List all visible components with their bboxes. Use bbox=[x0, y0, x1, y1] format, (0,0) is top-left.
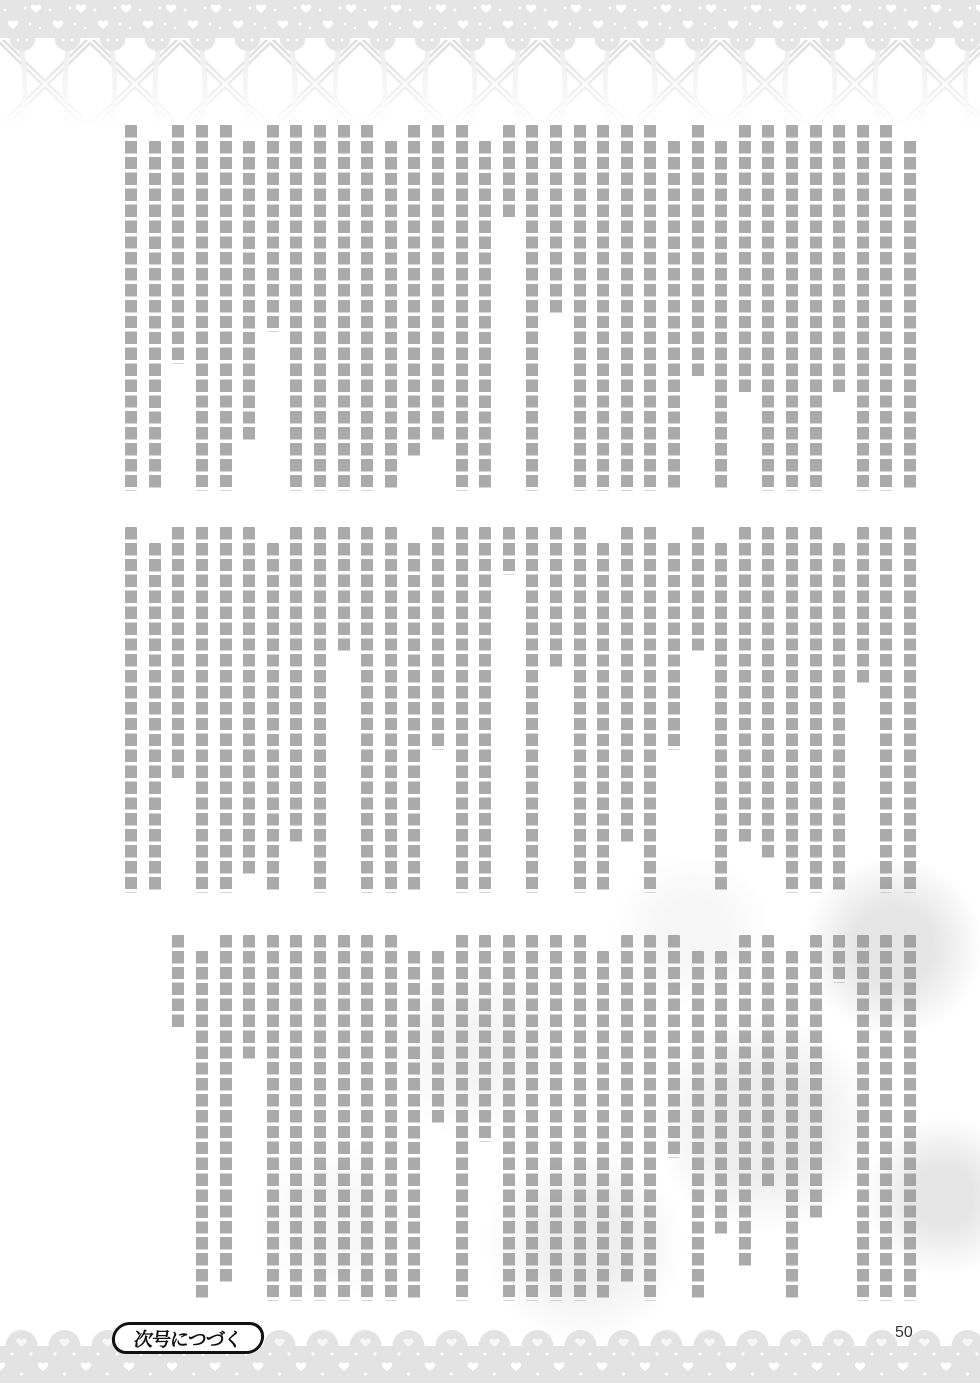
text-line-placeholder bbox=[739, 125, 751, 395]
text-column bbox=[454, 935, 470, 1301]
text-column bbox=[760, 125, 776, 491]
text-column bbox=[784, 125, 800, 491]
text-column bbox=[808, 527, 824, 893]
text-column bbox=[170, 125, 186, 364]
text-column bbox=[619, 935, 635, 1285]
text-line-placeholder bbox=[196, 951, 208, 1301]
text-line-placeholder bbox=[857, 125, 869, 491]
text-column bbox=[265, 935, 281, 1301]
text-line-placeholder bbox=[739, 935, 751, 1269]
text-column bbox=[831, 125, 847, 395]
text-column bbox=[808, 935, 824, 1221]
text-line-placeholder bbox=[715, 951, 727, 1237]
text-line-placeholder bbox=[503, 125, 515, 220]
text-line-placeholder bbox=[220, 527, 232, 893]
text-line-placeholder bbox=[880, 935, 892, 1301]
text-column bbox=[855, 125, 871, 491]
text-column bbox=[430, 125, 446, 443]
text-line-placeholder bbox=[621, 935, 633, 1285]
text-column bbox=[784, 527, 800, 893]
text-column bbox=[430, 951, 446, 1126]
text-line-placeholder bbox=[408, 543, 420, 893]
text-column bbox=[713, 951, 729, 1237]
text-column bbox=[123, 125, 139, 491]
text-line-placeholder bbox=[715, 543, 727, 893]
text-line-placeholder bbox=[644, 527, 656, 893]
text-line-placeholder bbox=[267, 543, 279, 893]
text-line-placeholder bbox=[621, 527, 633, 845]
text-column bbox=[406, 125, 422, 459]
text-column bbox=[218, 125, 234, 491]
text-column bbox=[170, 935, 186, 1030]
to-be-continued-badge: 次号につづく bbox=[110, 1322, 265, 1354]
text-line-placeholder bbox=[574, 125, 586, 491]
text-line-placeholder bbox=[786, 951, 798, 1301]
text-line-placeholder bbox=[338, 935, 350, 1301]
text-line-placeholder bbox=[904, 527, 916, 893]
text-line-placeholder bbox=[597, 125, 609, 491]
text-column bbox=[406, 543, 422, 893]
text-column bbox=[760, 935, 776, 1189]
text-line-placeholder bbox=[479, 935, 491, 1142]
text-column bbox=[336, 527, 352, 654]
text-line-placeholder bbox=[621, 125, 633, 491]
text-column bbox=[572, 527, 588, 893]
text-column bbox=[878, 125, 894, 491]
text-line-placeholder bbox=[739, 527, 751, 845]
text-line-placeholder bbox=[338, 125, 350, 491]
text-line-placeholder bbox=[172, 527, 184, 781]
text-column bbox=[383, 527, 399, 893]
text-line-placeholder bbox=[692, 951, 704, 1301]
text-column bbox=[454, 527, 470, 893]
text-column bbox=[902, 141, 918, 491]
text-column bbox=[312, 527, 328, 893]
text-line-placeholder bbox=[361, 125, 373, 491]
text-column bbox=[713, 141, 729, 491]
text-line-placeholder bbox=[314, 527, 326, 893]
text-line-placeholder bbox=[503, 527, 515, 575]
text-line-placeholder bbox=[762, 125, 774, 491]
text-line-placeholder bbox=[574, 935, 586, 1301]
text-tier-2 bbox=[0, 527, 918, 893]
text-line-placeholder bbox=[456, 527, 468, 893]
text-column bbox=[642, 527, 658, 893]
text-column bbox=[288, 527, 304, 845]
to-be-continued-label: 次号につづく bbox=[133, 1325, 243, 1352]
text-line-placeholder bbox=[196, 125, 208, 491]
text-column bbox=[619, 125, 635, 491]
text-column bbox=[359, 935, 375, 1301]
text-column bbox=[595, 543, 611, 893]
text-line-placeholder bbox=[762, 527, 774, 861]
text-line-placeholder bbox=[456, 125, 468, 491]
header-lace-decoration bbox=[0, 0, 980, 128]
text-column bbox=[477, 527, 493, 893]
text-column bbox=[690, 951, 706, 1301]
text-line-placeholder bbox=[550, 935, 562, 1301]
text-column bbox=[808, 125, 824, 491]
text-column bbox=[737, 527, 753, 845]
text-column bbox=[619, 527, 635, 845]
text-line-placeholder bbox=[479, 141, 491, 491]
text-column bbox=[218, 935, 234, 1285]
text-column bbox=[572, 125, 588, 491]
text-line-placeholder bbox=[479, 527, 491, 893]
text-column bbox=[642, 125, 658, 491]
text-column bbox=[288, 935, 304, 1301]
text-line-placeholder bbox=[810, 125, 822, 491]
text-line-placeholder bbox=[762, 935, 774, 1189]
text-line-placeholder bbox=[385, 527, 397, 893]
text-line-placeholder bbox=[243, 141, 255, 443]
text-column bbox=[784, 951, 800, 1301]
text-column bbox=[454, 125, 470, 491]
text-column bbox=[595, 951, 611, 1301]
text-line-placeholder bbox=[644, 935, 656, 1301]
text-column bbox=[548, 125, 564, 316]
text-column bbox=[218, 527, 234, 893]
text-line-placeholder bbox=[149, 141, 161, 491]
text-column bbox=[902, 527, 918, 893]
text-line-placeholder bbox=[833, 935, 845, 983]
text-column bbox=[831, 935, 847, 983]
text-line-placeholder bbox=[574, 527, 586, 893]
text-column bbox=[477, 935, 493, 1142]
text-line-placeholder bbox=[668, 543, 680, 750]
text-column bbox=[902, 935, 918, 1301]
text-line-placeholder bbox=[220, 935, 232, 1285]
text-line-placeholder bbox=[692, 527, 704, 654]
text-line-placeholder bbox=[833, 125, 845, 395]
text-line-placeholder bbox=[526, 527, 538, 893]
text-line-placeholder bbox=[220, 125, 232, 491]
text-line-placeholder bbox=[904, 141, 916, 491]
text-column bbox=[737, 935, 753, 1269]
text-line-placeholder bbox=[550, 527, 562, 670]
text-column bbox=[595, 125, 611, 491]
text-column bbox=[760, 527, 776, 861]
text-column bbox=[241, 527, 257, 877]
text-column bbox=[477, 141, 493, 491]
text-column bbox=[501, 935, 517, 1301]
text-line-placeholder bbox=[904, 935, 916, 1301]
text-line-placeholder bbox=[125, 125, 137, 491]
text-line-placeholder bbox=[290, 935, 302, 1301]
text-line-placeholder bbox=[432, 951, 444, 1126]
text-column bbox=[524, 125, 540, 491]
text-line-placeholder bbox=[456, 935, 468, 1301]
text-column bbox=[170, 527, 186, 781]
text-line-placeholder bbox=[597, 951, 609, 1301]
text-column bbox=[524, 527, 540, 893]
text-line-placeholder bbox=[786, 527, 798, 893]
text-line-placeholder bbox=[880, 527, 892, 893]
text-line-placeholder bbox=[644, 125, 656, 491]
text-line-placeholder bbox=[668, 935, 680, 1158]
text-column bbox=[855, 527, 871, 686]
text-column bbox=[855, 935, 871, 1301]
text-line-placeholder bbox=[385, 935, 397, 1301]
text-column bbox=[336, 125, 352, 491]
text-column bbox=[548, 935, 564, 1301]
text-line-placeholder bbox=[243, 935, 255, 1062]
text-column bbox=[288, 125, 304, 491]
text-line-placeholder bbox=[172, 125, 184, 364]
text-line-placeholder bbox=[833, 543, 845, 893]
text-tier-1 bbox=[0, 125, 918, 491]
text-line-placeholder bbox=[408, 125, 420, 459]
text-line-placeholder bbox=[526, 935, 538, 1301]
text-column bbox=[501, 125, 517, 220]
text-column bbox=[312, 125, 328, 491]
text-column bbox=[359, 527, 375, 893]
text-line-placeholder bbox=[810, 935, 822, 1221]
text-line-placeholder bbox=[267, 125, 279, 332]
text-column bbox=[737, 125, 753, 395]
text-line-placeholder bbox=[786, 125, 798, 491]
text-line-placeholder bbox=[314, 935, 326, 1301]
text-line-placeholder bbox=[149, 543, 161, 893]
text-line-placeholder bbox=[125, 527, 137, 893]
text-line-placeholder bbox=[361, 935, 373, 1301]
text-line-placeholder bbox=[243, 527, 255, 877]
text-column bbox=[383, 141, 399, 491]
text-column bbox=[194, 125, 210, 491]
text-column bbox=[524, 935, 540, 1301]
text-line-placeholder bbox=[408, 951, 420, 1301]
text-line-placeholder bbox=[880, 125, 892, 491]
text-column bbox=[690, 125, 706, 379]
text-column bbox=[265, 125, 281, 332]
text-column bbox=[572, 935, 588, 1301]
text-column bbox=[336, 935, 352, 1301]
text-column bbox=[713, 543, 729, 893]
text-line-placeholder bbox=[810, 527, 822, 893]
text-line-placeholder bbox=[172, 935, 184, 1030]
text-column bbox=[147, 141, 163, 491]
text-line-placeholder bbox=[432, 527, 444, 750]
text-line-placeholder bbox=[550, 125, 562, 316]
text-column bbox=[383, 935, 399, 1301]
text-column bbox=[501, 527, 517, 575]
text-column bbox=[241, 935, 257, 1062]
text-column bbox=[878, 935, 894, 1301]
text-line-placeholder bbox=[715, 141, 727, 491]
text-line-placeholder bbox=[338, 527, 350, 654]
text-column bbox=[265, 543, 281, 893]
text-column bbox=[666, 543, 682, 750]
text-column bbox=[359, 125, 375, 491]
text-column bbox=[666, 935, 682, 1158]
text-line-placeholder bbox=[597, 543, 609, 893]
text-column bbox=[642, 935, 658, 1301]
text-line-placeholder bbox=[857, 527, 869, 686]
text-line-placeholder bbox=[290, 125, 302, 491]
text-line-placeholder bbox=[692, 125, 704, 379]
text-line-placeholder bbox=[503, 935, 515, 1301]
text-column bbox=[878, 527, 894, 893]
text-line-placeholder bbox=[668, 141, 680, 491]
text-line-placeholder bbox=[314, 125, 326, 491]
text-column bbox=[147, 543, 163, 893]
text-column bbox=[666, 141, 682, 491]
text-line-placeholder bbox=[385, 141, 397, 491]
text-column bbox=[194, 527, 210, 893]
text-column bbox=[312, 935, 328, 1301]
text-column bbox=[241, 141, 257, 443]
text-line-placeholder bbox=[361, 527, 373, 893]
text-column bbox=[406, 951, 422, 1301]
text-line-placeholder bbox=[290, 527, 302, 845]
text-column bbox=[123, 527, 139, 893]
page-number: 50 bbox=[895, 1324, 913, 1342]
text-line-placeholder bbox=[857, 935, 869, 1301]
text-line-placeholder bbox=[526, 125, 538, 491]
text-line-placeholder bbox=[432, 125, 444, 443]
text-column bbox=[430, 527, 446, 750]
text-line-placeholder bbox=[267, 935, 279, 1301]
text-column bbox=[831, 543, 847, 893]
text-column bbox=[690, 527, 706, 654]
text-line-placeholder bbox=[196, 527, 208, 893]
text-tier-3 bbox=[0, 935, 918, 1301]
text-column bbox=[194, 951, 210, 1301]
text-column bbox=[548, 527, 564, 670]
